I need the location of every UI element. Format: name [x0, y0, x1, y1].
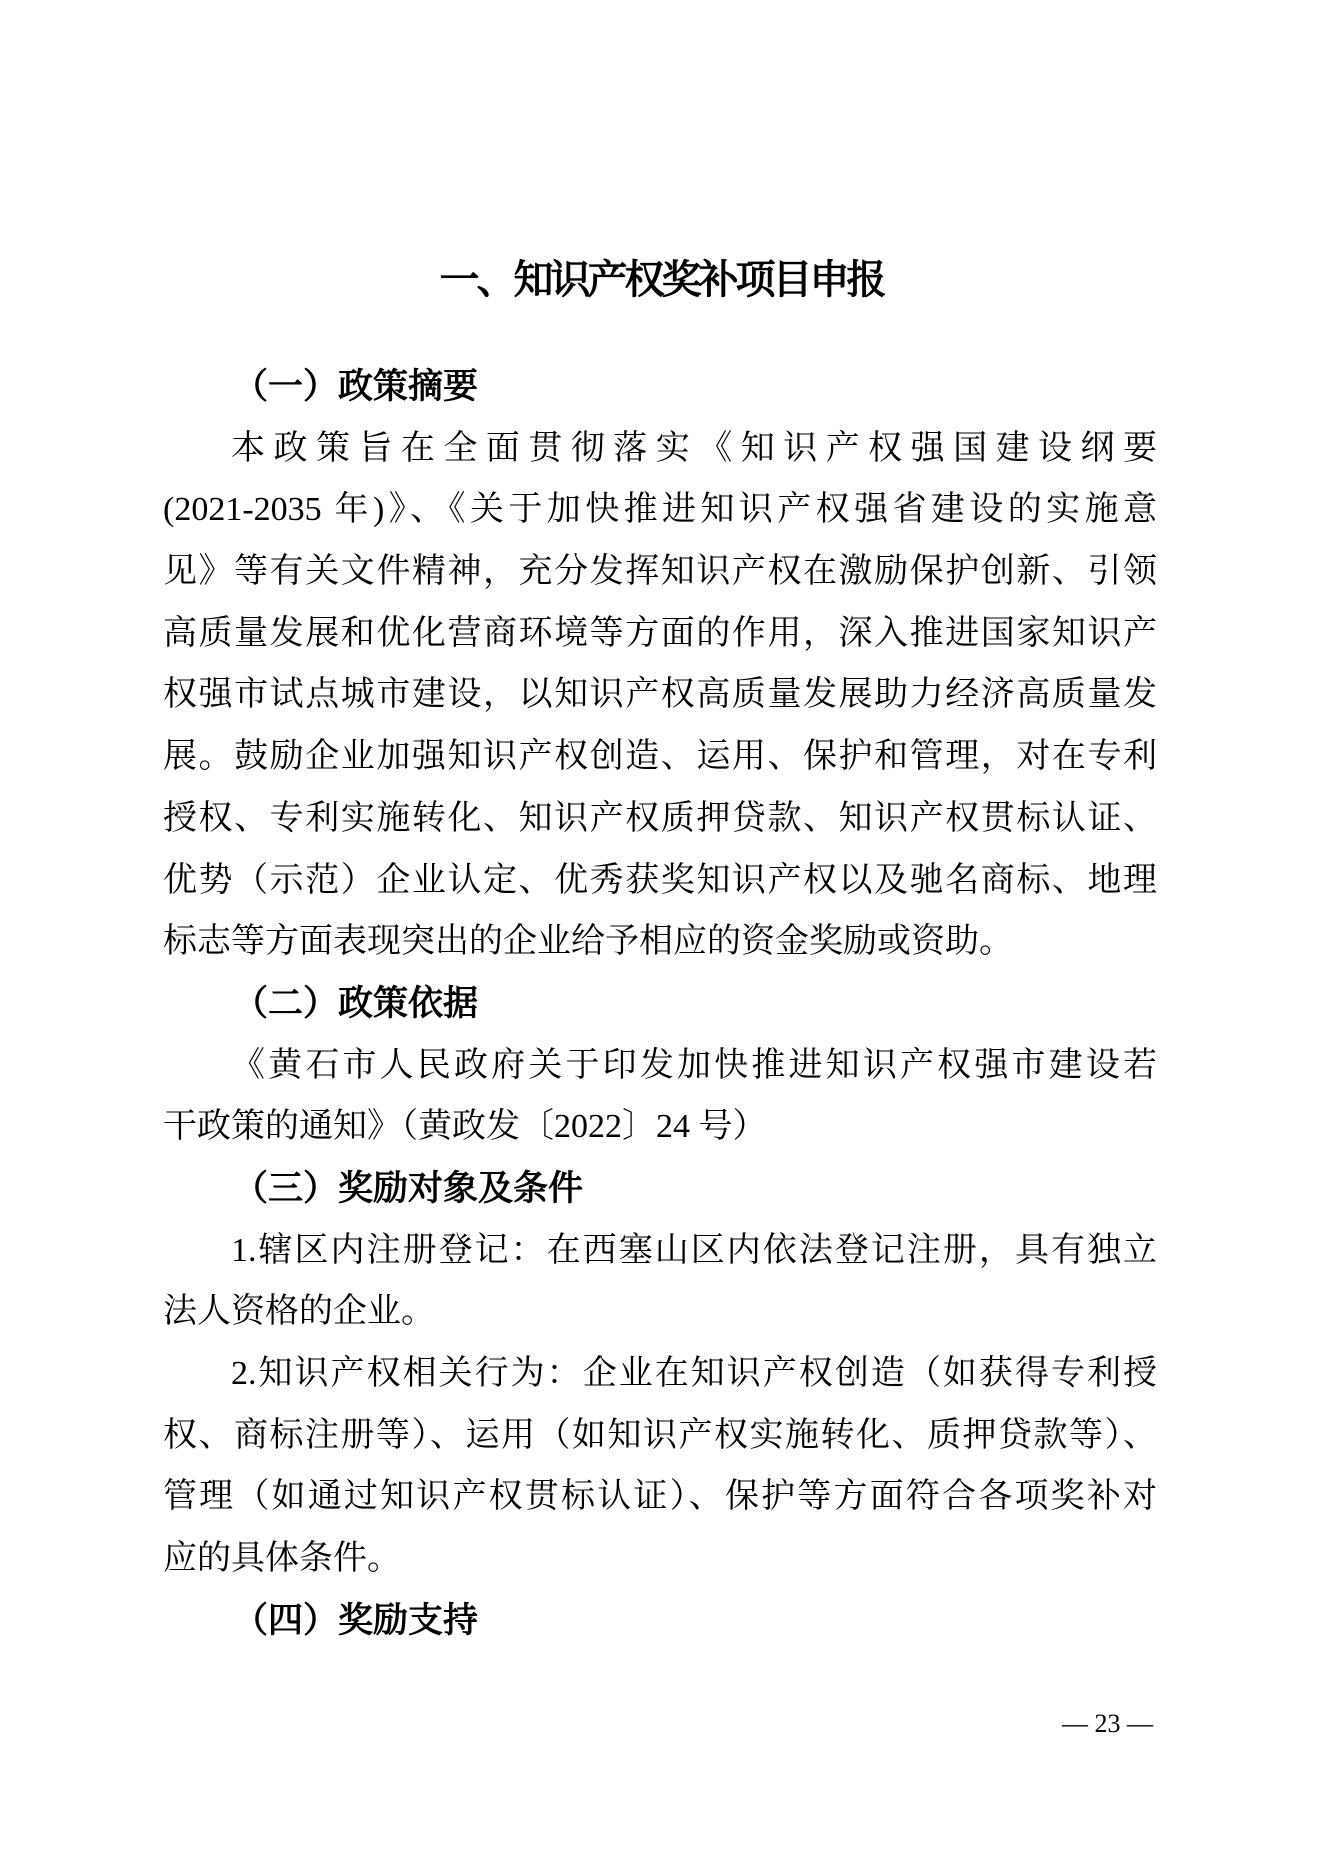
paragraph-line: 标志等方面表现突出的企业给予相应的资金奖励或资助。 [163, 911, 1157, 973]
paragraph-line: 本政策旨在全面贯彻落实《知识产权强国建设纲要 [163, 418, 1157, 480]
paragraph-line: 法人资格的企业。 [163, 1281, 1157, 1343]
document-body: （一）政策摘要 本政策旨在全面贯彻落实《知识产权强国建设纲要 (2021-203… [163, 356, 1157, 1651]
paragraph-line: 授权、专利实施转化、知识产权质押贷款、知识产权贯标认证、 [163, 788, 1157, 850]
paragraph-line: 2.知识产权相关行为：企业在知识产权创造（如获得专利授 [163, 1343, 1157, 1405]
paragraph-line: 展。鼓励企业加强知识产权创造、运用、保护和管理，对在专利 [163, 726, 1157, 788]
section-heading-2: （二）政策依据 [163, 973, 1157, 1035]
document-title: 一、知识产权奖补项目申报 [0, 252, 1323, 308]
paragraph-line: 见》等有关文件精神，充分发挥知识产权在激励保护创新、引领 [163, 541, 1157, 603]
paragraph-line: 1.辖区内注册登记：在西塞山区内依法登记注册，具有独立 [163, 1220, 1157, 1282]
paragraph-line: 优势（示范）企业认定、优秀获奖知识产权以及驰名商标、地理 [163, 850, 1157, 912]
paragraph-line: 管理（如通过知识产权贯标认证）、保护等方面符合各项奖补对 [163, 1466, 1157, 1528]
section-heading-4: （四）奖励支持 [163, 1590, 1157, 1652]
paragraph-line: 应的具体条件。 [163, 1528, 1157, 1590]
page-number: — 23 — [1062, 1704, 1153, 1744]
document-page: 一、知识产权奖补项目申报 （一）政策摘要 本政策旨在全面贯彻落实《知识产权强国建… [0, 0, 1323, 1871]
paragraph-line: (2021-2035 年)》、《关于加快推进知识产权强省建设的实施意 [163, 479, 1157, 541]
paragraph-line: 高质量发展和优化营商环境等方面的作用，深入推进国家知识产 [163, 603, 1157, 665]
paragraph-line: 《黄石市人民政府关于印发加快推进知识产权强市建设若 [163, 1035, 1157, 1097]
paragraph-line: 干政策的通知》（黄政发〔2022〕24 号） [163, 1096, 1157, 1158]
paragraph-line: 权、商标注册等）、运用（如知识产权实施转化、质押贷款等）、 [163, 1405, 1157, 1467]
paragraph-line: 权强市试点城市建设，以知识产权高质量发展助力经济高质量发 [163, 664, 1157, 726]
section-heading-3: （三）奖励对象及条件 [163, 1158, 1157, 1220]
section-heading-1: （一）政策摘要 [163, 356, 1157, 418]
